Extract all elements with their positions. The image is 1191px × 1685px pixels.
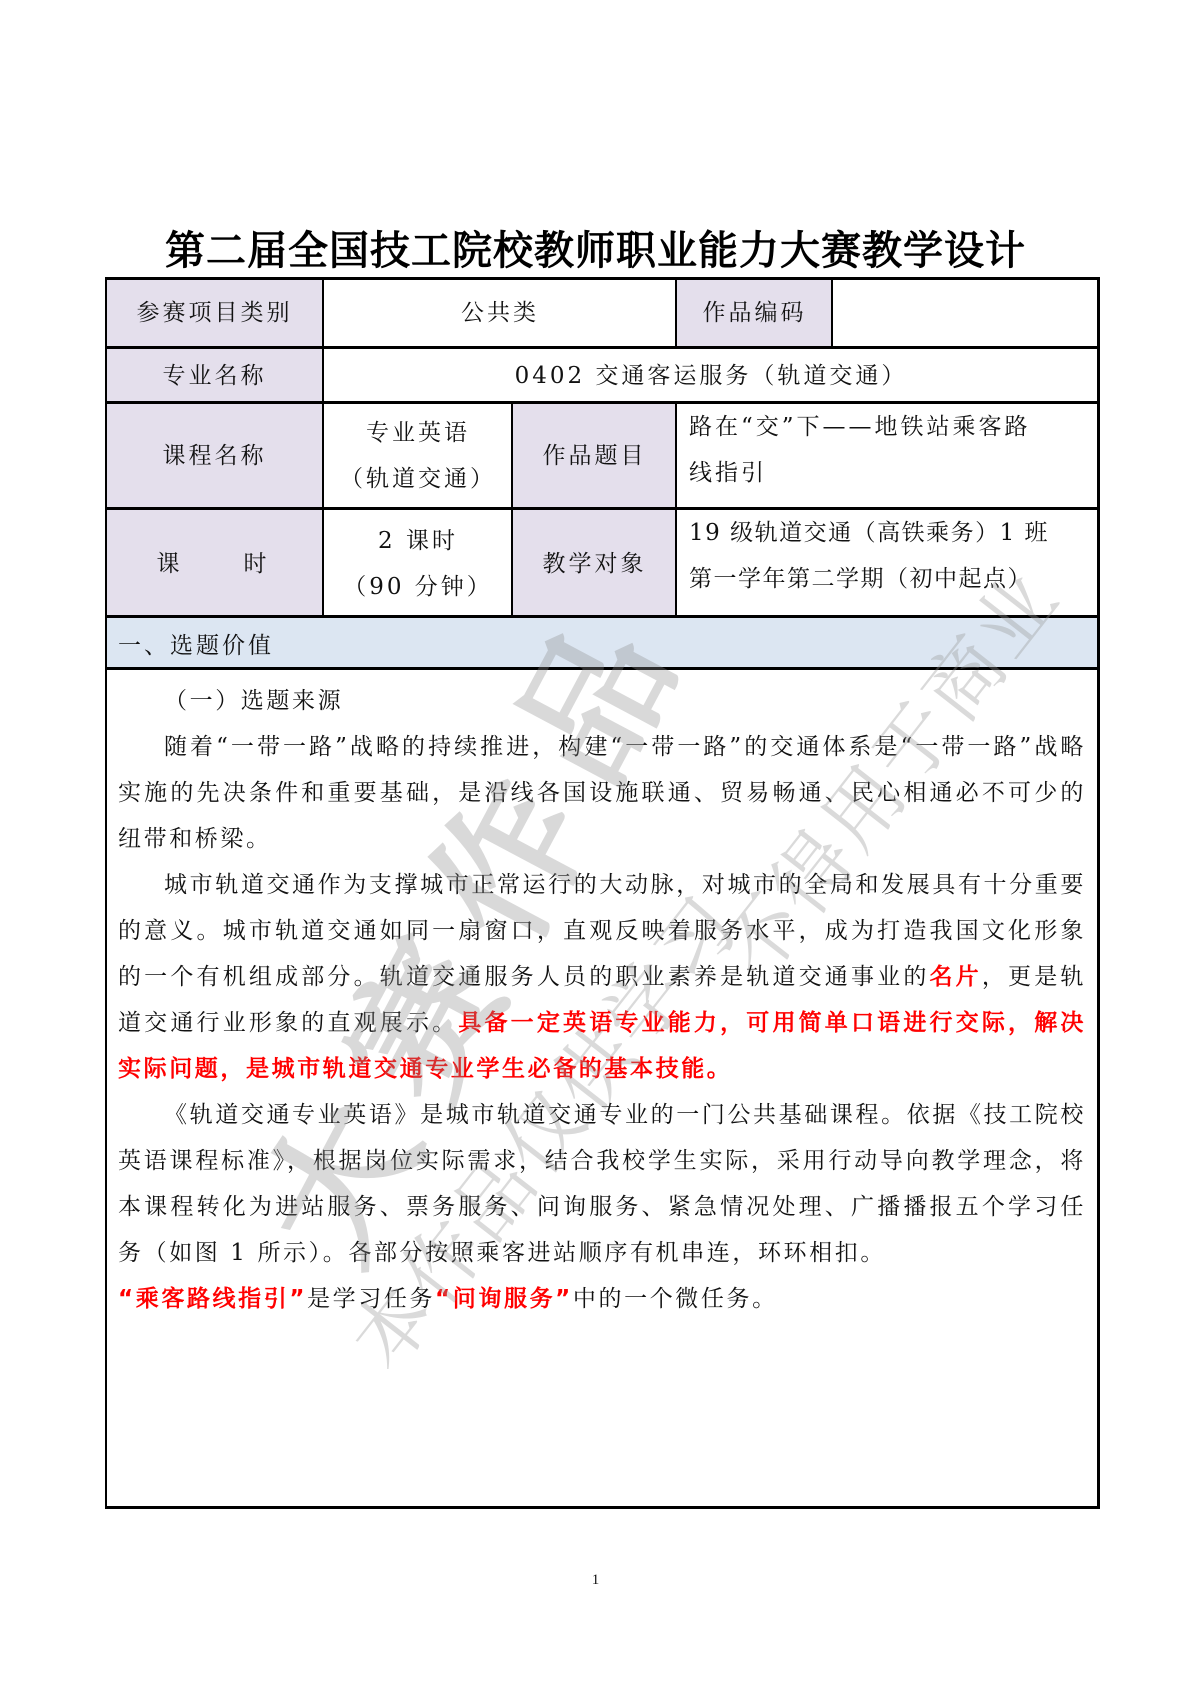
document-title: 第二届全国技工院校教师职业能力大赛教学设计 (0, 226, 1191, 276)
major-label: 专业名称 (106, 349, 323, 402)
major-value-text: 0402 交通客运服务（轨道交通） (515, 353, 908, 399)
table-rule (105, 346, 1100, 349)
work-code-value (833, 279, 1098, 347)
p4-highlight-route-guidance: “乘客路线指引” (118, 1286, 307, 1312)
major-value: 0402 交通客运服务（轨道交通） (324, 349, 1098, 402)
topic-value-line2: 线指引 (689, 450, 767, 496)
paragraph-urban-rail: 城市轨道交通作为支撑城市正常运行的大动脉，对城市的全局和发展具有十分重要的意义。… (118, 862, 1086, 1092)
table-border-bottom (105, 1506, 1100, 1509)
topic-label: 作品题目 (513, 404, 676, 508)
p2-highlight-business-card: 名片 (930, 964, 982, 990)
class-hours-line1: 2 课时 (378, 518, 458, 564)
table-rule (105, 667, 1100, 670)
section-body: （一）选题来源 随着“一带一路”战略的持续推进，构建“一带一路”的交通体系是“一… (118, 678, 1086, 1322)
paragraph-course-design: 《轨道交通专业英语》是城市轨道交通专业的一门公共基础课程。依据《技工院校英语课程… (118, 1092, 1086, 1276)
table-rule (105, 401, 1100, 404)
category-value-text: 公共类 (461, 290, 539, 336)
work-code-label-text: 作品编码 (703, 290, 807, 336)
paragraph-belt-and-road: 随着“一带一路”战略的持续推进，构建“一带一路”的交通体系是“一带一路”战略实施… (118, 724, 1086, 862)
table-rule (105, 507, 1100, 510)
section-heading-text: 一、选题价值 (118, 627, 274, 660)
table-col-divider (675, 277, 677, 347)
audience-value-line2: 第一学年第二学期（初中起点） (689, 556, 1032, 602)
class-hours-line2: （90 分钟） (343, 564, 493, 610)
table-col-divider (831, 277, 833, 347)
class-hours-label: 课 时 (106, 510, 323, 617)
table-col-divider (322, 277, 324, 617)
audience-value: 19 级轨道交通（高铁乘务）1 班 第一学年第二学期（初中起点） (677, 510, 1098, 617)
table-border-right (1097, 277, 1100, 1509)
category-label-text: 参赛项目类别 (137, 290, 293, 336)
table-col-divider (675, 401, 677, 617)
category-value: 公共类 (324, 279, 676, 347)
course-label-text: 课程名称 (163, 433, 267, 479)
audience-label: 教学对象 (513, 510, 676, 617)
course-value-line2: （轨道交通） (340, 456, 496, 502)
topic-label-text: 作品题目 (543, 433, 647, 479)
section-heading-topic-value: 一、选题价值 (106, 617, 1098, 669)
audience-value-line1: 19 级轨道交通（高铁乘务）1 班 (689, 510, 1049, 556)
class-hours-label-text: 课 时 (157, 541, 273, 587)
p4-text-1: 是学习任务 (307, 1286, 435, 1312)
table-rule (105, 615, 1100, 618)
course-label: 课程名称 (106, 404, 323, 508)
work-code-label: 作品编码 (677, 279, 832, 347)
course-value-line1: 专业英语 (366, 410, 470, 456)
table-border-left (105, 277, 107, 1509)
paragraph-micro-task: “乘客路线指引”是学习任务“问询服务”中的一个微任务。 (118, 1276, 1086, 1322)
page-number: 1 (0, 1572, 1191, 1589)
table-col-divider (511, 401, 513, 617)
audience-label-text: 教学对象 (543, 541, 647, 587)
topic-value: 路在“交”下——地铁站乘客路 线指引 (677, 404, 1098, 508)
subheading-topic-source: （一）选题来源 (118, 678, 1086, 724)
major-label-text: 专业名称 (163, 353, 267, 399)
course-value: 专业英语 （轨道交通） (324, 404, 512, 508)
topic-value-line1: 路在“交”下——地铁站乘客路 (689, 404, 1031, 450)
category-label: 参赛项目类别 (106, 279, 323, 347)
table-border-top (105, 277, 1100, 280)
p4-text-2: 中的一个微任务。 (573, 1286, 778, 1312)
p4-highlight-inquiry-service: “问询服务” (435, 1286, 573, 1312)
class-hours-value: 2 课时 （90 分钟） (324, 510, 512, 617)
